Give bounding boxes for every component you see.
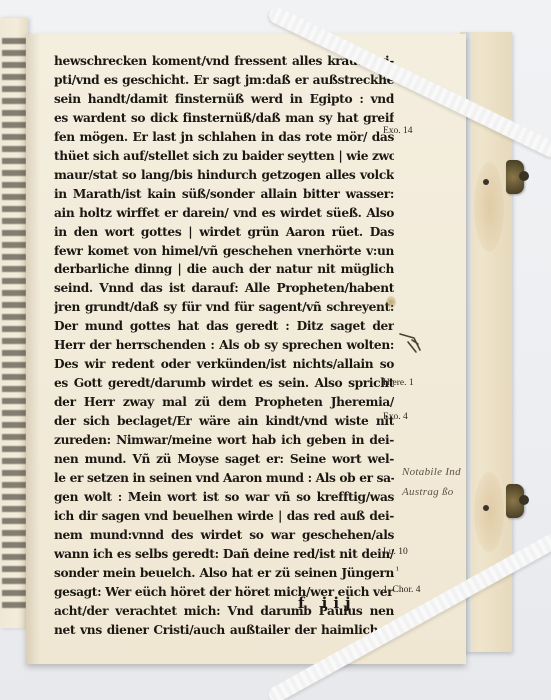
handwritten-annotation: Notabile Ind xyxy=(402,466,461,478)
margin-reference: 1. Chor. 4 xyxy=(383,585,420,595)
left-facing-page xyxy=(0,18,28,628)
text-line: zureden: Nimwar/meine wort hab ich geben… xyxy=(54,431,394,450)
nail-head xyxy=(483,179,489,185)
margin-reference: Exo. 14 xyxy=(383,126,413,136)
text-line: Des wir redent oder verkünden/ist nichts… xyxy=(54,355,394,374)
text-line: pti/vnd es geschicht. Er sagt jm:daß er … xyxy=(54,71,394,90)
margin-reference: Hiere. 1 xyxy=(383,378,414,388)
text-line: sonder mein beuelch. Also hat er zü sein… xyxy=(54,564,394,583)
text-line: jren grundt/daß sy für vnd für sagent/vñ… xyxy=(54,298,394,317)
text-line: fewr komet von himel/vñ geschehen vnerhö… xyxy=(54,242,394,261)
board-stain xyxy=(474,472,504,552)
text-line: in Marath/ist kain süß/sonder allain bit… xyxy=(54,185,394,204)
margin-reference: ¹ xyxy=(396,566,399,576)
text-line: es Gott geredt/darumb wirdet es sein. Al… xyxy=(54,374,394,393)
text-line: seind. Vnnd das ist darauf: Alle Prophet… xyxy=(54,279,394,298)
text-line: maur/stat so lang/bis hindurch getzogen … xyxy=(54,166,394,185)
upper-clasp xyxy=(506,160,524,194)
text-line: gen wolt : Mein wort ist so war vñ so kr… xyxy=(54,488,394,507)
text-line: ich dir sagen vnd beuelhen wirde | das r… xyxy=(54,507,394,526)
page-text-block: hewschrecken koment/vnd fressent alles k… xyxy=(54,52,394,640)
text-line: ain holtz wirffet er darein/ vnd es wird… xyxy=(54,204,394,223)
text-line: es wardent so dick finsternüß/daß man sy… xyxy=(54,109,394,128)
text-line: fen mögen. Er last jn schlahen in das ro… xyxy=(54,128,394,147)
text-line: derbarliche dinng | die auch der natur n… xyxy=(54,260,394,279)
nail-head xyxy=(483,505,489,511)
signature-mark: f iij xyxy=(298,594,357,612)
margin-reference: Exo. 4 xyxy=(383,412,408,422)
text-line: thüet sich auf/stellet sich zu baider se… xyxy=(54,147,394,166)
book-page: hewschrecken koment/vnd fressent alles k… xyxy=(26,34,466,664)
text-line: nem mund:vnnd des wirdet so war geschehe… xyxy=(54,526,394,545)
text-line: Herr der herrschenden : Als ob sy sprech… xyxy=(54,336,394,355)
text-line: in den wort gottes | wirdet grün Aaron r… xyxy=(54,223,394,242)
text-line: sein handt/damit finsternüß werd in Egip… xyxy=(54,90,394,109)
text-line: wann ich es selbs geredt: Dañ deine red/… xyxy=(54,545,394,564)
text-line: der sich beclaget/Er wäre ain kindt/vnd … xyxy=(54,412,394,431)
text-line: net vns diener Cristi/auch außtailer der… xyxy=(54,621,394,640)
handwritten-annotation: Austrag ßo xyxy=(402,486,454,498)
board-stain xyxy=(474,162,504,252)
left-page-text-blur xyxy=(2,38,26,608)
text-line: der Herr zway mal zü dem Propheten Jhere… xyxy=(54,393,394,412)
book-photo-scene: hewschrecken koment/vnd fressent alles k… xyxy=(0,0,551,700)
text-line: le er setzen in seinen vnd Aaron mund : … xyxy=(54,469,394,488)
ink-doodle-mark xyxy=(398,328,426,358)
lower-clasp xyxy=(506,484,524,518)
margin-reference: Lu. 10 xyxy=(383,547,408,557)
foxing-stain xyxy=(386,296,396,308)
page-edge-strip xyxy=(466,32,472,652)
text-line: Der mund gottes hat das geredt : Ditz sa… xyxy=(54,317,394,336)
text-line: nen mund. Vñ zü Moyse saget er: Seine wo… xyxy=(54,450,394,469)
